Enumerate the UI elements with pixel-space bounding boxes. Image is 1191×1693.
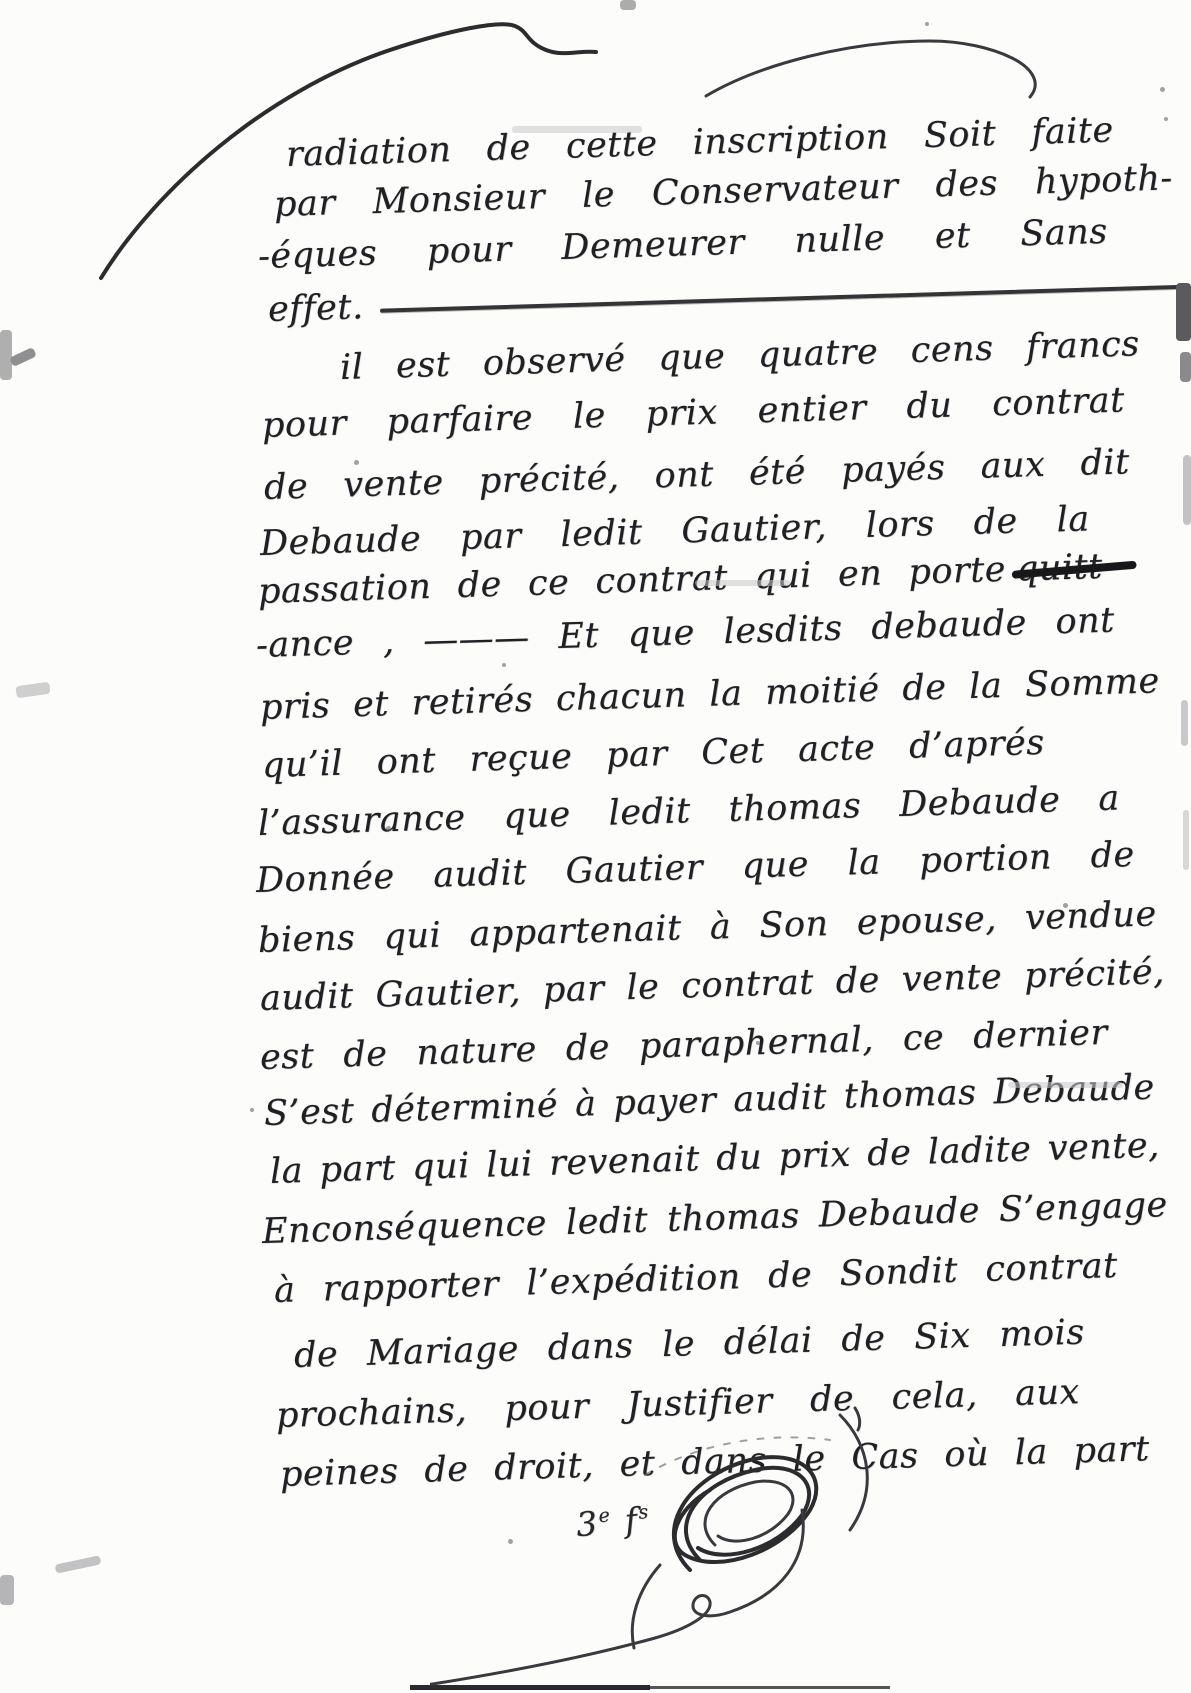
bleedthrough-mark [512, 126, 642, 133]
manuscript-page: radiation de cette inscription Soit fait… [0, 0, 1191, 1693]
struck-word: quitt [1015, 543, 1103, 594]
manuscript-line: de Mariage dans le délai de Six mois [293, 1309, 1085, 1380]
ink-speck [502, 663, 506, 667]
scan-smudge [1183, 810, 1189, 870]
pen-swash-right-icon [706, 41, 1035, 97]
ink-speck [957, 348, 961, 352]
scan-smudge [1180, 352, 1191, 382]
scan-smudge [15, 682, 50, 699]
ink-rule [380, 285, 1188, 313]
notary-paraph-icon [430, 1390, 1070, 1693]
manuscript-word: effet. [267, 283, 364, 334]
bleedthrough-mark [695, 580, 790, 586]
ink-speck [1164, 117, 1168, 121]
scan-smudge [1176, 283, 1191, 341]
scan-edge-line [410, 1685, 650, 1690]
bleedthrough-mark [1008, 1082, 1123, 1088]
ink-speck [925, 22, 929, 26]
manuscript-line: à rapporter l’expédition de Sondit contr… [273, 1242, 1118, 1315]
ink-speck [1063, 903, 1068, 908]
scan-smudge [55, 1555, 102, 1573]
ink-speck [508, 1539, 513, 1544]
ink-speck [386, 826, 391, 831]
scan-smudge [1181, 700, 1188, 746]
ink-speck [354, 460, 359, 465]
scan-smudge [9, 347, 37, 367]
scan-edge-line [640, 1686, 890, 1689]
ink-speck [250, 1108, 254, 1112]
ink-speck [1160, 87, 1165, 92]
scan-smudge [1183, 455, 1191, 525]
ink-speck [756, 1041, 760, 1045]
scan-smudge [620, 0, 636, 10]
scan-smudge [0, 1575, 14, 1605]
scan-smudge [0, 330, 12, 380]
